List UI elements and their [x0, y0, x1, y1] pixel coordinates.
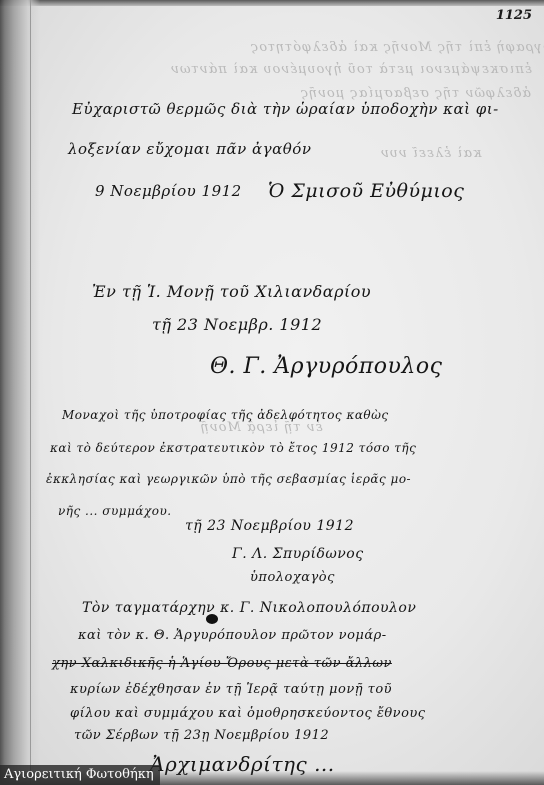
bleed-through-text: καὶ ἐλεεῖ νυν — [380, 146, 482, 161]
ink-blot — [206, 614, 218, 624]
margin-rule — [30, 0, 31, 785]
bleed-through-text: ἐν τῇ ἱερᾷ Μονῇ — [200, 420, 323, 435]
entry-3-line-2: καὶ τὸ δεύτερον ἐκστρατευτικὸν τὸ ἔτος 1… — [50, 441, 416, 455]
entry-3-line-4: νῆς ... συμμάχου. — [58, 504, 172, 518]
entry-3-signature-note: ὑπολοχαγὸς — [250, 570, 335, 585]
entry-4-line-6: τῶν Σέρβων τῇ 23ῃ Νοεμβρίου 1912 — [74, 728, 329, 743]
entry-1-line-2: λοξενίαν εὔχομαι πᾶν ἀγαθόν — [68, 140, 311, 158]
entry-1-date: 9 Νοεμβρίου 1912 — [95, 182, 242, 200]
page-top-edge — [0, 0, 544, 6]
entry-2-signature: Θ. Γ. Ἀργυρόπουλος — [210, 354, 442, 379]
entry-1-line-1: Εὐχαριστῶ θερμῶς διὰ τὴν ὡραίαν ὑποδοχὴν… — [72, 100, 499, 118]
entry-4-line-4: κυρίων ἐδέχθησαν ἐν τῇ Ἱερᾷ ταύτῃ μονῇ τ… — [70, 682, 392, 697]
entry-2-line-2: τῇ 23 Νοεμβρ. 1912 — [152, 315, 322, 334]
entry-1-signature: Ὁ Σμισοῦ Εὐθύμιος — [268, 180, 464, 202]
entry-4-line-3: χην Χαλκιδικῆς ἡ Ἁγίου Ὄρους μετὰ τῶν ἄλ… — [52, 656, 392, 671]
entry-4-line-1: Τὸν ταγματάρχην κ. Γ. Νικολοπουλόπουλον — [82, 600, 416, 616]
entry-3-line-1: Μοναχοὶ τῆς ὑποτροφίας τῆς ἀδελφότητος κ… — [62, 408, 389, 422]
book-binding-shadow — [0, 0, 40, 785]
entry-4-line-5: φίλου καὶ συμμάχου καὶ ὁμοθρησκεύοντος ἔ… — [70, 706, 426, 721]
page-number: 1125 — [496, 8, 532, 23]
bleed-through-text: Ὑπογραφὴ ἐπὶ τῆς Μονῆς καὶ ἀδελφότητος — [250, 40, 544, 55]
entry-4-line-2: καὶ τὸν κ. Θ. Ἀργυρόπουλον πρῶτον νομάρ- — [78, 628, 387, 643]
document-scan: Ὑπογραφὴ ἐπὶ τῆς Μονῆς καὶ ἀδελφότητος ἐ… — [0, 0, 544, 785]
entry-3-signature: Γ. Λ. Σπυρίδωνος — [232, 546, 364, 562]
bleed-through-text: ἀδελφῶν τῆς σεβασμίας μονῆς — [300, 86, 531, 101]
entry-2-line-1: Ἐν τῇ Ἱ. Μονῇ τοῦ Χιλιανδαρίου — [92, 282, 371, 301]
bleed-through-text: ἐπισκεψάμενοι μετὰ τοῦ ἡγουμένου καὶ πάν… — [170, 62, 532, 77]
entry-3-line-3: ἐκκλησίας καὶ γεωργικῶν ὑπὸ τῆς σεβασμία… — [46, 472, 411, 486]
watermark-label: Αγιορειτική Φωτοθήκη — [0, 765, 160, 785]
entry-3-date: τῇ 23 Νοεμβρίου 1912 — [185, 518, 354, 534]
